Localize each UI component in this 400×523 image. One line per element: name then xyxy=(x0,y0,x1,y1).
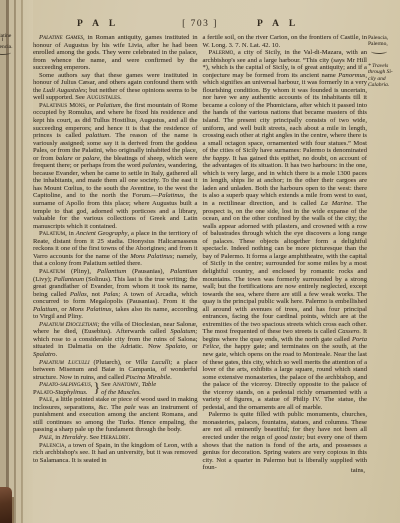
brace-entry: Palato-salpingæus,Palato-Staphylinus.}Se… xyxy=(33,381,198,396)
entry-paragraph: Palermo, a city of Sicily, in the Val-di… xyxy=(203,49,368,411)
left-column: Palatine Games, in Roman antiquity, game… xyxy=(33,34,198,472)
margin-note-left-line2: Palencia. xyxy=(0,44,19,50)
text-block: Palatine Games, in Roman antiquity, game… xyxy=(33,34,367,472)
footnote-line4: Calabria. xyxy=(368,82,399,88)
scanned-book-page: P A L [ 703 ] P A L Palatine ‖ Palencia.… xyxy=(0,0,400,523)
entry-paragraph: Palermo is quite filled with public monu… xyxy=(203,411,368,471)
page-number: [ 703 ] xyxy=(182,19,218,29)
margin-footnote-source: * Travels through Si- cily and Calabria. xyxy=(368,63,399,88)
entry-paragraph: Some authors say that these games were i… xyxy=(33,72,198,102)
flourish-icon xyxy=(0,50,11,55)
entry-paragraph: Palatium, in Ancient Geography, a place … xyxy=(33,230,198,268)
catchword: tains, xyxy=(33,467,365,474)
entry-paragraph: Palatium Luculli (Plutarch), or Villa Lu… xyxy=(33,359,198,382)
entry-paragraph: Palatinus Mons, or Palatium, the first m… xyxy=(33,102,198,230)
binding-page-edges xyxy=(0,0,33,523)
margin-ref-palermo: Palermo, xyxy=(368,41,399,47)
flourish-icon xyxy=(371,49,387,54)
page-edge-line xyxy=(12,497,14,523)
margin-note-entries: Palencia, Palermo, xyxy=(368,35,399,54)
margin-note-left: Palatine ‖ Palencia. xyxy=(0,33,19,55)
header-left-word: P A L xyxy=(77,19,119,29)
entry-paragraph: Pale, a little pointed stake or piece of… xyxy=(33,396,198,434)
entry-paragraph: a fertile soil, on the river Carion, on … xyxy=(203,34,368,49)
entry-paragraph: Palatium Diocletiani; the villa of Diocl… xyxy=(33,321,198,359)
header-right-word: P A L xyxy=(257,19,299,29)
brace-icon: } xyxy=(93,382,100,396)
right-column: a fertile soil, on the river Carion, on … xyxy=(203,34,368,472)
running-header: P A L [ 703 ] P A L xyxy=(33,19,367,32)
entry-paragraph: Palatium (Pliny), Pallantium (Pausanias)… xyxy=(33,268,198,321)
entry-paragraph: Pale, in Heraldry. See Heraldry. xyxy=(33,434,198,442)
entry-paragraph: Palencia, a town of Spain, in the kingdo… xyxy=(33,442,198,465)
binding-corner-shadow xyxy=(0,487,12,523)
entry-paragraph: Palatine Games, in Roman antiquity, game… xyxy=(33,34,198,72)
